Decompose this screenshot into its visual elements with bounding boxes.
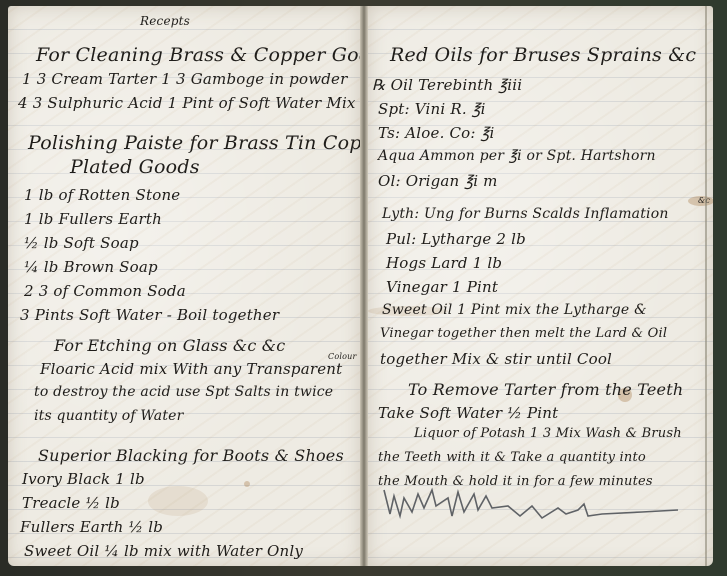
recipe-line: 1 lb Fullers Earth — [24, 210, 162, 228]
recipe-line: Treacle ½ lb — [22, 494, 120, 512]
recipe-line: Floaric Acid mix With any Transparent — [40, 360, 342, 378]
pencil-scribble — [382, 486, 682, 526]
recipe-line: Spt: Vini R. ℥i — [378, 100, 486, 118]
book-gutter — [360, 6, 368, 566]
recipe-line: Ol: Origan ℥i m — [378, 172, 498, 190]
annotation: &c — [698, 196, 710, 205]
stain — [148, 486, 208, 516]
recipe-line: Vinegar together then melt the Lard & Oi… — [380, 326, 667, 341]
section-title: Red Oils for Bruses Sprains &c — [390, 44, 696, 66]
left-page: Recepts For Cleaning Brass & Copper Good… — [8, 6, 360, 566]
recipe-line: ℞ Oil Terebinth ℥iii — [372, 76, 522, 94]
recipe-line: Liquor of Potash 1 3 Mix Wash & Brush — [414, 426, 682, 441]
notebook-spread: Recepts For Cleaning Brass & Copper Good… — [0, 0, 727, 576]
recipe-line: the Teeth with it & Take a quantity into — [378, 450, 646, 465]
recipe-line: Pul: Lytharge 2 lb — [386, 230, 526, 248]
recipe-line: 4 3 Sulphuric Acid 1 Pint of Soft Water … — [18, 94, 356, 112]
recipe-line: 3 Pints Soft Water - Boil together — [20, 306, 279, 324]
page-header: Recepts — [140, 14, 190, 28]
recipe-line: together Mix & stir until Cool — [380, 350, 612, 368]
recipe-line: 2 3 of Common Soda — [24, 282, 186, 300]
section-title: Superior Blacking for Boots & Shoes — [38, 446, 344, 465]
right-page: Red Oils for Bruses Sprains &c ℞ Oil Ter… — [368, 6, 713, 566]
section-title: Lyth: Ung for Burns Scalds Inflamation — [382, 206, 669, 222]
section-title: To Remove Tarter from the Teeth — [408, 380, 683, 399]
recipe-line: Take Soft Water ½ Pint — [378, 404, 558, 422]
recipe-line: ½ lb Soft Soap — [24, 234, 139, 252]
recipe-line: 1 lb of Rotten Stone — [24, 186, 180, 204]
recipe-line: ¼ lb Brown Soap — [24, 258, 158, 276]
recipe-line: Sweet Oil 1 Pint mix the Lytharge & — [382, 302, 647, 318]
recipe-line: Sweet Oil ¼ lb mix with Water Only — [24, 542, 303, 560]
recipe-line: Hogs Lard 1 lb — [386, 254, 502, 272]
recipe-line: its quantity of Water — [34, 408, 184, 424]
recipe-line: Vinegar 1 Pint — [386, 278, 498, 296]
section-title: For Etching on Glass &c &c — [54, 336, 285, 355]
recipe-line: Fullers Earth ½ lb — [20, 518, 163, 536]
section-title-continued: Plated Goods — [70, 156, 200, 178]
stain — [244, 481, 250, 487]
recipe-line: Ts: Aloe. Co: ℥i — [378, 124, 495, 142]
recipe-line: Ivory Black 1 lb — [22, 470, 145, 488]
section-title: Polishing Paiste for Brass Tin Copper & — [28, 132, 360, 154]
recipe-line: 1 3 Cream Tarter 1 3 Gamboge in powder — [22, 70, 347, 88]
section-title: For Cleaning Brass & Copper Goods — [36, 44, 360, 66]
recipe-line: Aqua Ammon per ℥i or Spt. Hartshorn — [378, 148, 656, 164]
recipe-line: to destroy the acid use Spt Salts in twi… — [34, 384, 333, 400]
